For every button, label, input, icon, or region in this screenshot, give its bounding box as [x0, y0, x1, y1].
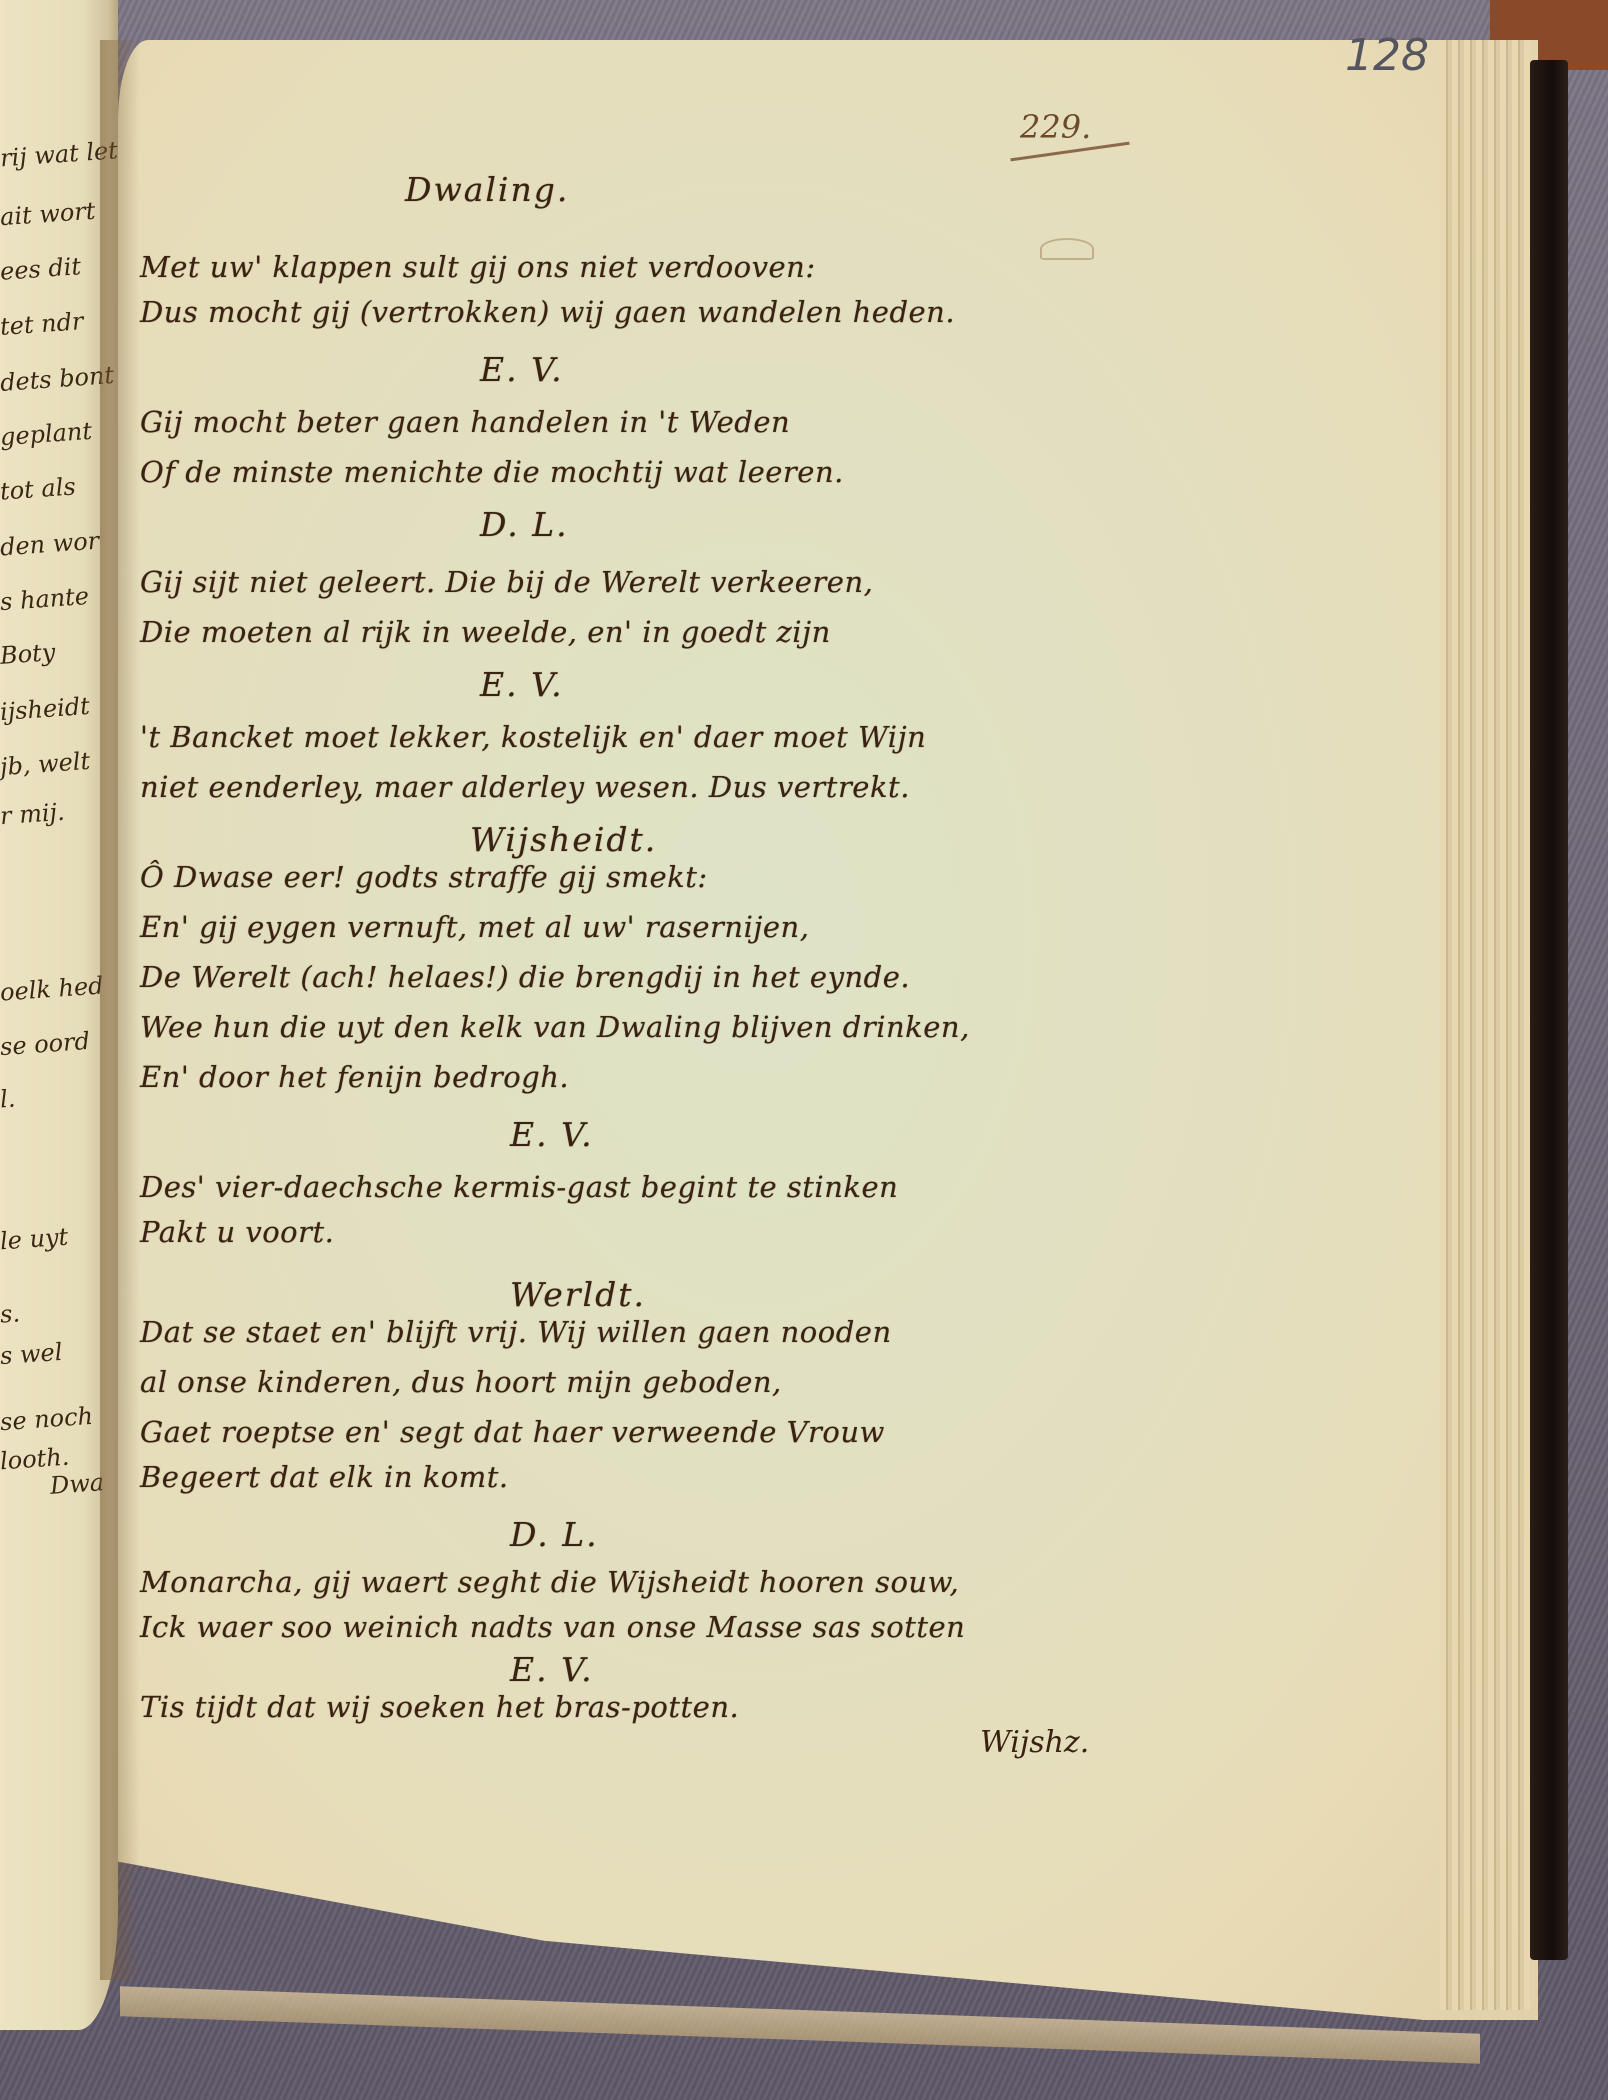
- gutter-shadow: [100, 40, 140, 1980]
- left-page-fragment: s.: [0, 1299, 21, 1328]
- left-page-fragment: Dwa: [49, 1468, 105, 1500]
- verse-line: En' door het fenijn bedrogh.: [140, 1060, 569, 1094]
- left-page-fragment: s wel: [0, 1338, 63, 1370]
- verse-line: Of de minste menichte die mochtij wat le…: [140, 455, 844, 489]
- left-page-fragment: r mij.: [0, 798, 66, 830]
- verse-line: Tis tijdt dat wij soeken het bras-potten…: [140, 1690, 739, 1724]
- left-page-fragment: ees dit: [0, 252, 82, 286]
- left-page-fragment: geplant: [0, 417, 93, 451]
- left-page-fragment: ait wort: [0, 197, 96, 232]
- folio-number: 229.: [1020, 108, 1091, 146]
- left-page-fragment: den wor: [0, 527, 100, 562]
- verse-line: Begeert dat elk in komt.: [140, 1460, 509, 1494]
- verse-line: Die moeten al rijk in weelde, en' in goe…: [140, 615, 831, 649]
- speaker-heading-dwaling: Dwaling.: [405, 170, 569, 209]
- verse-line: Des' vier-daechsche kermis-gast begint t…: [140, 1170, 898, 1204]
- speaker-heading-wijsheidt: Wijsheidt.: [470, 820, 657, 859]
- verse-line: 't Bancket moet lekker, kostelijk en' da…: [140, 720, 926, 754]
- margin-mark: [1040, 238, 1094, 260]
- verse-line: Gij sijt niet geleert. Die bij de Werelt…: [140, 565, 873, 599]
- speaker-heading-dl: D. L.: [510, 1515, 599, 1554]
- speaker-heading-ev: E. V.: [510, 1115, 594, 1154]
- verse-line: al onse kinderen, dus hoort mijn geboden…: [140, 1365, 782, 1399]
- verse-line: Monarcha, gij waert seght die Wijsheidt …: [140, 1565, 959, 1599]
- speaker-heading-ev: E. V.: [480, 665, 564, 704]
- left-page-fragment: tet ndr: [0, 307, 84, 341]
- speaker-heading-ev: E. V.: [480, 350, 564, 389]
- left-page-fragment: oelk hed: [0, 971, 104, 1006]
- verse-line: Wee hun die uyt den kelk van Dwaling bli…: [140, 1010, 970, 1044]
- left-page-fragment: ijsheidt: [0, 692, 91, 726]
- verse-line: Ick waer soo weinich nadts van onse Mass…: [140, 1610, 965, 1644]
- left-page-fragment: l.: [0, 1085, 16, 1114]
- catchword: Wijshz.: [980, 1725, 1089, 1760]
- verse-line: En' gij eygen vernuft, met al uw' rasern…: [140, 910, 809, 944]
- speaker-heading-werldt: Werldt.: [510, 1275, 646, 1314]
- page-edges: [1440, 40, 1530, 2010]
- verse-line: Dat se staet en' blijft vrij. Wij willen…: [140, 1315, 892, 1349]
- left-page-fragment: Boty: [0, 638, 56, 670]
- left-page-fragment: se noch: [0, 1402, 94, 1436]
- left-page-fragment: tot als: [0, 472, 77, 505]
- left-page-fragment: s hante: [0, 582, 90, 616]
- left-page-fragment: jb, welt: [0, 747, 91, 781]
- verse-line: Ô Dwase eer! godts straffe gij smekt:: [140, 860, 708, 894]
- verse-line: Gij mocht beter gaen handelen in 't Wede…: [140, 405, 790, 439]
- verse-line: De Werelt (ach! helaes!) die brengdij in…: [140, 960, 910, 994]
- pencil-page-number: 128: [1345, 30, 1429, 81]
- speaker-heading-dl: D. L.: [480, 505, 569, 544]
- left-page-fragment: dets bont: [0, 361, 115, 397]
- speaker-heading-ev: E. V.: [510, 1650, 594, 1689]
- verse-line: Gaet roeptse en' segt dat haer verweende…: [140, 1415, 885, 1449]
- verse-line: Pakt u voort.: [140, 1215, 334, 1249]
- book-spine: [1530, 60, 1568, 1960]
- left-page-fragment: se oord: [0, 1027, 91, 1061]
- left-page-fragment: le uyt: [0, 1223, 69, 1256]
- verse-line: Dus mocht gij (vertrokken) wij gaen wand…: [140, 295, 955, 329]
- verse-line: Met uw' klappen sult gij ons niet verdoo…: [140, 250, 816, 284]
- verse-line: niet eenderley, maer alderley wesen. Dus…: [140, 770, 910, 804]
